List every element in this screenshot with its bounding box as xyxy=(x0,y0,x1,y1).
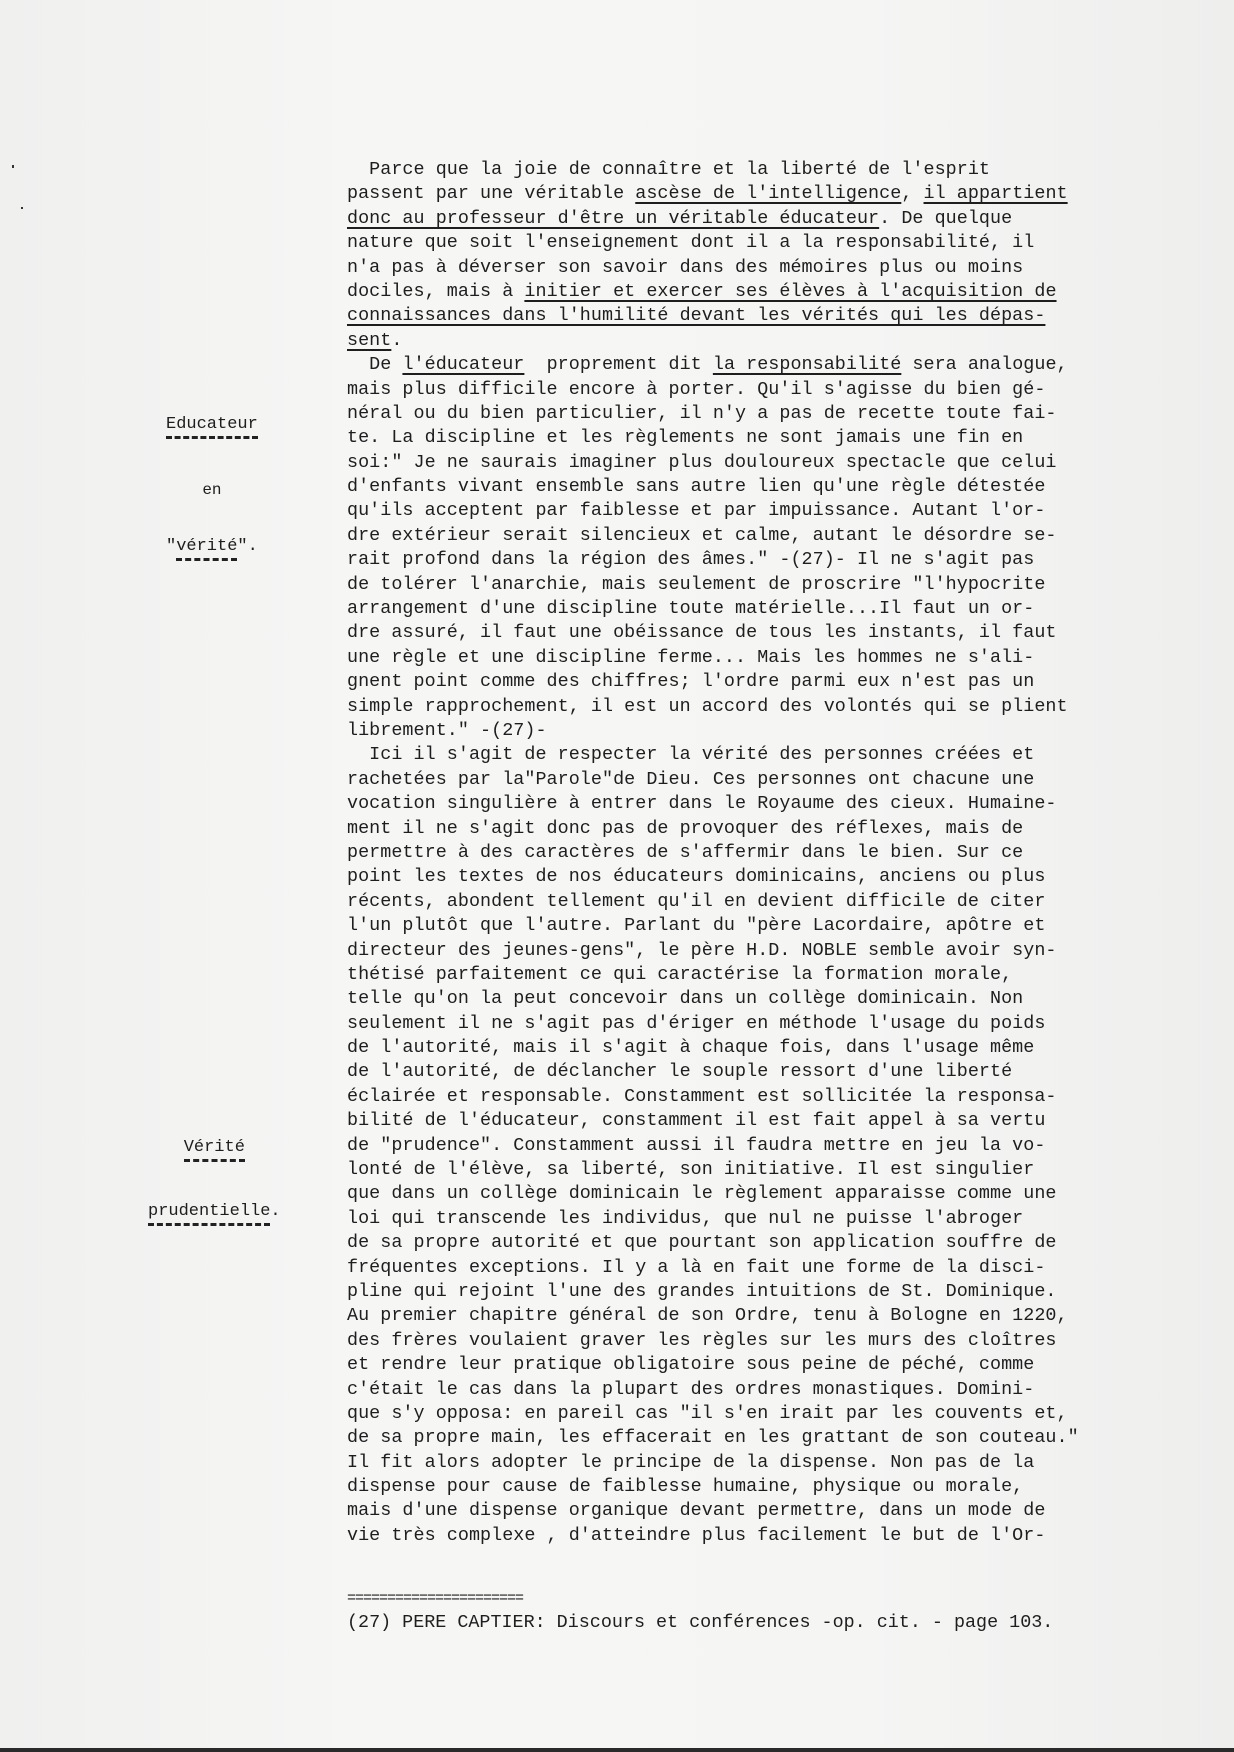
margin-note-educateur: Educateur en "vérité". xyxy=(166,375,258,597)
paper-speck xyxy=(12,165,14,168)
text-line: dre assuré, il faut une obéissance de to… xyxy=(347,621,1207,645)
underlined-phrase: il appartient xyxy=(924,183,1068,204)
text-run: de l'autorité, de déclancher le souple r… xyxy=(347,1061,1012,1082)
text-run: permettre à des caractères de s'affermir… xyxy=(347,842,1023,863)
text-line: thétisé parfaitement ce qui caractérise … xyxy=(347,963,1207,987)
text-run: de sa propre main, les effacerait en les… xyxy=(347,1427,1079,1448)
text-line: n'a pas à déverser son savoir dans des m… xyxy=(347,256,1207,280)
text-run: qu'ils acceptent par faiblesse et par im… xyxy=(347,500,1045,521)
text-run: n'a pas à déverser son savoir dans des m… xyxy=(347,257,1023,278)
text-line: mais plus difficile encore à porter. Qu'… xyxy=(347,378,1207,402)
text-run: Parce que la joie de connaître et la lib… xyxy=(347,159,990,180)
text-line: point les textes de nos éducateurs domin… xyxy=(347,865,1207,889)
paragraph: De l'éducateur proprement dit la respons… xyxy=(347,353,1207,743)
text-run: pline qui rejoint l'une des grandes intu… xyxy=(347,1281,1057,1302)
text-line: bilité de l'éducateur, constamment il es… xyxy=(347,1109,1207,1133)
text-run: mais d'une dispense organique devant per… xyxy=(347,1500,1045,1521)
text-line: qu'ils acceptent par faiblesse et par im… xyxy=(347,499,1207,523)
text-run: Au premier chapitre général de son Ordre… xyxy=(347,1305,1068,1326)
text-line: librement." -(27)- xyxy=(347,719,1207,743)
text-run: loi qui transcende les individus, que nu… xyxy=(347,1208,1023,1229)
text-line: vocation singulière à entrer dans le Roy… xyxy=(347,792,1207,816)
margin-note-word: vérité xyxy=(176,537,237,561)
text-run: gnent point comme des chiffres; l'ordre … xyxy=(347,671,1034,692)
text-line: Au premier chapitre général de son Ordre… xyxy=(347,1304,1207,1328)
text-run: l'un plutôt que l'autre. Parlant du "pèr… xyxy=(347,915,1045,936)
text-line: de l'autorité, mais il s'agit à chaque f… xyxy=(347,1036,1207,1060)
paragraph: Ici il s'agit de respecter la vérité des… xyxy=(347,743,1207,1548)
text-line: soi:" Je ne saurais imaginer plus doulou… xyxy=(347,451,1207,475)
margin-note-word: " xyxy=(166,537,176,556)
paper-speck xyxy=(21,207,23,209)
margin-note-heading: Vérité xyxy=(184,1138,245,1162)
underlined-phrase: sent xyxy=(347,330,391,351)
underlined-phrase: ascèse de l'intelligence xyxy=(635,183,901,204)
text-line: pline qui rejoint l'une des grandes intu… xyxy=(347,1280,1207,1304)
text-run: arrangement d'une discipline toute matér… xyxy=(347,598,1034,619)
margin-note-verite: Vérité prudentielle. xyxy=(148,1098,281,1262)
text-run: nature que soit l'enseignement dont il a… xyxy=(347,232,1034,253)
text-line: vie très complexe , d'atteindre plus fac… xyxy=(347,1524,1207,1548)
text-run: proprement dit xyxy=(524,354,712,375)
text-run: directeur des jeunes-gens", le père H.D.… xyxy=(347,940,1057,961)
text-line: Parce que la joie de connaître et la lib… xyxy=(347,158,1207,182)
text-run: des frères voulaient graver les règles s… xyxy=(347,1330,1057,1351)
text-line: dre extérieur serait silencieux et calme… xyxy=(347,524,1207,548)
text-line: seulement il ne s'agit pas d'ériger en m… xyxy=(347,1012,1207,1036)
text-line: te. La discipline et les règlements ne s… xyxy=(347,426,1207,450)
text-run: rait profond dans la région des âmes." -… xyxy=(347,549,1034,570)
text-line: mais d'une dispense organique devant per… xyxy=(347,1499,1207,1523)
text-run: Ici il s'agit de respecter la vérité des… xyxy=(347,744,1034,765)
text-line: de tolérer l'anarchie, mais seulement de… xyxy=(347,573,1207,597)
text-line: donc au professeur d'être un véritable é… xyxy=(347,207,1207,231)
margin-note-word: ". xyxy=(237,537,257,556)
text-run: néral ou du bien particulier, il n'y a p… xyxy=(347,403,1057,424)
margin-note-punct: . xyxy=(270,1202,280,1221)
text-line: simple rapprochement, il est un accord d… xyxy=(347,695,1207,719)
underlined-phrase: la responsabilité xyxy=(713,354,901,375)
text-line: arrangement d'une discipline toute matér… xyxy=(347,597,1207,621)
text-line: c'était le cas dans la plupart des ordre… xyxy=(347,1378,1207,1402)
text-run: , xyxy=(901,183,923,204)
text-line: connaissances dans l'humilité devant les… xyxy=(347,304,1207,328)
margin-note-word: en xyxy=(166,483,258,497)
scan-bottom-edge xyxy=(0,1748,1234,1752)
margin-note-word: prudentielle xyxy=(148,1202,270,1226)
text-run: sera analogue, xyxy=(901,354,1067,375)
text-run: bilité de l'éducateur, constamment il es… xyxy=(347,1110,1045,1131)
text-run: rachetées par la"Parole"de Dieu. Ces per… xyxy=(347,769,1034,790)
text-line: l'un plutôt que l'autre. Parlant du "pèr… xyxy=(347,914,1207,938)
text-line: dispense pour cause de faiblesse humaine… xyxy=(347,1475,1207,1499)
text-line: que dans un collège dominicain le règlem… xyxy=(347,1182,1207,1206)
footnote-27: (27) PERE CAPTIER: Discours et conférenc… xyxy=(347,1611,1053,1635)
paragraph: Parce que la joie de connaître et la lib… xyxy=(347,158,1207,353)
text-run: librement." -(27)- xyxy=(347,720,547,741)
text-line: de sa propre main, les effacerait en les… xyxy=(347,1426,1207,1450)
text-line: de "prudence". Constamment aussi il faud… xyxy=(347,1134,1207,1158)
text-line: et rendre leur pratique obligatoire sous… xyxy=(347,1353,1207,1377)
underlined-phrase: l'éducateur xyxy=(402,354,524,375)
text-run: mais plus difficile encore à porter. Qu'… xyxy=(347,379,1045,400)
text-run: de "prudence". Constamment aussi il faud… xyxy=(347,1135,1045,1156)
text-run: lonté de l'élève, sa liberté, son initia… xyxy=(347,1159,1034,1180)
text-run: c'était le cas dans la plupart des ordre… xyxy=(347,1379,1034,1400)
text-line: Il fit alors adopter le principe de la d… xyxy=(347,1451,1207,1475)
text-run: dre extérieur serait silencieux et calme… xyxy=(347,525,1057,546)
text-line: gnent point comme des chiffres; l'ordre … xyxy=(347,670,1207,694)
text-run: de tolérer l'anarchie, mais seulement de… xyxy=(347,574,1045,595)
text-run: ment il ne s'agit donc pas de provoquer … xyxy=(347,818,1023,839)
text-line: de sa propre autorité et que pourtant so… xyxy=(347,1231,1207,1255)
underlined-phrase: initier et exercer ses élèves à l'acquis… xyxy=(524,281,1056,302)
text-line: éclairée et responsable. Constamment est… xyxy=(347,1085,1207,1109)
text-line: que s'y opposa: en pareil cas "il s'en i… xyxy=(347,1402,1207,1426)
text-run: que s'y opposa: en pareil cas "il s'en i… xyxy=(347,1403,1068,1424)
text-line: rachetées par la"Parole"de Dieu. Ces per… xyxy=(347,768,1207,792)
underlined-phrase: donc au professeur d'être un véritable é… xyxy=(347,208,879,229)
text-line: rait profond dans la région des âmes." -… xyxy=(347,548,1207,572)
text-line: fréquentes exceptions. Il y a là en fait… xyxy=(347,1256,1207,1280)
text-line: sent. xyxy=(347,329,1207,353)
text-run: une règle et une discipline ferme... Mai… xyxy=(347,647,1034,668)
text-run: dre assuré, il faut une obéissance de to… xyxy=(347,622,1057,643)
text-line: loi qui transcende les individus, que nu… xyxy=(347,1207,1207,1231)
text-line: Ici il s'agit de respecter la vérité des… xyxy=(347,743,1207,767)
text-run: d'enfants vivant ensemble sans autre lie… xyxy=(347,476,1045,497)
text-line: une règle et une discipline ferme... Mai… xyxy=(347,646,1207,670)
text-run: récents, abondent tellement qu'il en dev… xyxy=(347,891,1045,912)
text-line: d'enfants vivant ensemble sans autre lie… xyxy=(347,475,1207,499)
body-text: Parce que la joie de connaître et la lib… xyxy=(347,158,1207,1548)
text-run: de sa propre autorité et que pourtant so… xyxy=(347,1232,1057,1253)
text-run: . De quelque xyxy=(879,208,1012,229)
footnote-rule: ====================== xyxy=(347,1590,523,1607)
text-run: de l'autorité, mais il s'agit à chaque f… xyxy=(347,1037,1034,1058)
text-line: des frères voulaient graver les règles s… xyxy=(347,1329,1207,1353)
text-run: éclairée et responsable. Constamment est… xyxy=(347,1086,1057,1107)
text-run: telle qu'on la peut concevoir dans un co… xyxy=(347,988,1023,1009)
typewritten-page: Educateur en "vérité". Vérité prudentiel… xyxy=(0,0,1234,1752)
text-run: De xyxy=(347,354,402,375)
text-line: dociles, mais à initier et exercer ses é… xyxy=(347,280,1207,304)
text-run: vie très complexe , d'atteindre plus fac… xyxy=(347,1525,1045,1546)
text-run: fréquentes exceptions. Il y a là en fait… xyxy=(347,1257,1045,1278)
text-run: te. La discipline et les règlements ne s… xyxy=(347,427,1023,448)
text-run: . xyxy=(391,330,402,351)
text-line: récents, abondent tellement qu'il en dev… xyxy=(347,890,1207,914)
text-run: Il fit alors adopter le principe de la d… xyxy=(347,1452,1034,1473)
text-run: que dans un collège dominicain le règlem… xyxy=(347,1183,1057,1204)
text-line: directeur des jeunes-gens", le père H.D.… xyxy=(347,939,1207,963)
text-run: dociles, mais à xyxy=(347,281,524,302)
text-line: passent par une véritable ascèse de l'in… xyxy=(347,182,1207,206)
text-line: permettre à des caractères de s'affermir… xyxy=(347,841,1207,865)
text-line: nature que soit l'enseignement dont il a… xyxy=(347,231,1207,255)
text-line: De l'éducateur proprement dit la respons… xyxy=(347,353,1207,377)
text-run: passent par une véritable xyxy=(347,183,635,204)
text-run: soi:" Je ne saurais imaginer plus doulou… xyxy=(347,452,1057,473)
text-line: ment il ne s'agit donc pas de provoquer … xyxy=(347,817,1207,841)
text-run: et rendre leur pratique obligatoire sous… xyxy=(347,1354,1034,1375)
text-line: néral ou du bien particulier, il n'y a p… xyxy=(347,402,1207,426)
text-run: point les textes de nos éducateurs domin… xyxy=(347,866,1045,887)
underlined-phrase: connaissances dans l'humilité devant les… xyxy=(347,305,1045,326)
text-line: telle qu'on la peut concevoir dans un co… xyxy=(347,987,1207,1011)
text-run: seulement il ne s'agit pas d'ériger en m… xyxy=(347,1013,1045,1034)
margin-note-heading: Educateur xyxy=(166,415,258,439)
text-line: de l'autorité, de déclancher le souple r… xyxy=(347,1060,1207,1084)
text-run: dispense pour cause de faiblesse humaine… xyxy=(347,1476,1023,1497)
text-run: vocation singulière à entrer dans le Roy… xyxy=(347,793,1057,814)
text-run: thétisé parfaitement ce qui caractérise … xyxy=(347,964,1012,985)
text-line: lonté de l'élève, sa liberté, son initia… xyxy=(347,1158,1207,1182)
text-run: simple rapprochement, il est un accord d… xyxy=(347,696,1068,717)
